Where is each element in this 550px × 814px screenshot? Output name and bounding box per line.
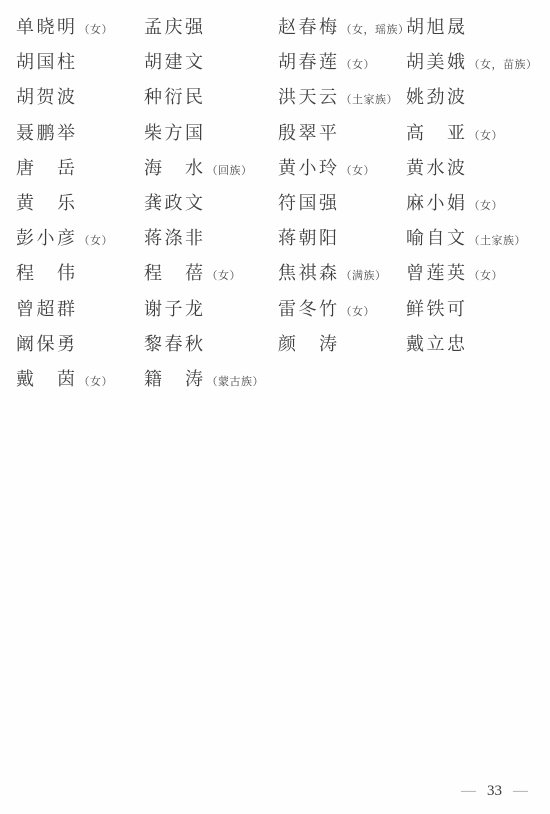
name-roster-grid: 单晓明（女）孟庆强赵春梅（女，瑶族）胡旭晟胡国柱胡建文胡春莲（女）胡美娥（女，苗… [16, 13, 550, 400]
person-note: （土家族） [341, 94, 399, 106]
roster-entry: 谢子龙 [144, 295, 278, 330]
roster-entry: 孟庆强 [144, 13, 278, 48]
person-note: （回族） [207, 165, 253, 177]
person-name: 蒋朝阳 [278, 228, 340, 248]
person-note: （女，苗族） [469, 59, 538, 71]
roster-entry: 籍 涛（蒙古族） [144, 365, 278, 400]
person-name: 胡春莲 [278, 52, 340, 72]
person-name: 焦祺森 [278, 263, 340, 283]
person-name: 黄 乐 [16, 193, 78, 213]
person-name: 黎春秋 [144, 334, 206, 354]
person-name: 赵春梅 [278, 17, 340, 37]
person-note: （满族） [341, 270, 387, 282]
person-name: 海 水 [144, 158, 206, 178]
person-name: 种衍民 [144, 87, 206, 107]
roster-entry: 蒋涤非 [144, 224, 278, 259]
person-name: 胡旭晟 [406, 17, 468, 37]
person-name: 彭小彦 [16, 228, 78, 248]
person-name: 蒋涤非 [144, 228, 206, 248]
roster-entry: 种衍民 [144, 83, 278, 118]
person-name: 颜 涛 [278, 334, 340, 354]
person-name: 雷冬竹 [278, 299, 340, 319]
roster-entry: 彭小彦（女） [16, 224, 144, 259]
roster-entry: 胡春莲（女） [278, 48, 406, 83]
roster-entry: 黄水波 [406, 154, 550, 189]
roster-entry: 黄 乐 [16, 189, 144, 224]
roster-entry: 颜 涛 [278, 330, 406, 365]
roster-entry: 单晓明（女） [16, 13, 144, 48]
roster-entry: 蒋朝阳 [278, 224, 406, 259]
person-name: 曾莲英 [406, 263, 468, 283]
page-number-dash-left: — [461, 783, 476, 800]
person-note: （女） [341, 59, 376, 71]
person-name: 黄小玲 [278, 158, 340, 178]
person-name: 姚劲波 [406, 87, 468, 107]
document-page: 单晓明（女）孟庆强赵春梅（女，瑶族）胡旭晟胡国柱胡建文胡春莲（女）胡美娥（女，苗… [0, 0, 550, 814]
person-name: 龚政文 [144, 193, 206, 213]
roster-entry: 戴 茵（女） [16, 365, 144, 400]
roster-entry: 胡建文 [144, 48, 278, 83]
roster-entry: 雷冬竹（女） [278, 295, 406, 330]
person-note: （女） [341, 306, 376, 318]
person-name: 戴 茵 [16, 369, 78, 389]
roster-entry: 曾莲英（女） [406, 259, 550, 294]
roster-entry: 鲜铁可 [406, 295, 550, 330]
page-number-value: 33 [487, 783, 502, 800]
person-name: 符国强 [278, 193, 340, 213]
roster-entry: 符国强 [278, 189, 406, 224]
roster-entry: 焦祺森（满族） [278, 259, 406, 294]
person-name: 殷翠平 [278, 123, 340, 143]
roster-entry: 高 亚（女） [406, 119, 550, 154]
person-note: （土家族） [469, 235, 527, 247]
person-note: （蒙古族） [207, 376, 265, 388]
roster-entry: 海 水（回族） [144, 154, 278, 189]
person-name: 程 伟 [16, 263, 78, 283]
page-number-dash-right: — [513, 783, 528, 800]
person-name: 曾超群 [16, 299, 78, 319]
roster-entry: 喻自文（土家族） [406, 224, 550, 259]
person-name: 戴立忠 [406, 334, 468, 354]
roster-entry: 程 蓓（女） [144, 259, 278, 294]
roster-entry: 麻小娟（女） [406, 189, 550, 224]
person-name: 高 亚 [406, 123, 468, 143]
roster-entry: 程 伟 [16, 259, 144, 294]
roster-entry: 殷翠平 [278, 119, 406, 154]
roster-entry: 胡国柱 [16, 48, 144, 83]
person-name: 胡国柱 [16, 52, 78, 72]
person-name: 黄水波 [406, 158, 468, 178]
person-name: 阚保勇 [16, 334, 78, 354]
roster-entry: 龚政文 [144, 189, 278, 224]
person-note: （女，瑶族） [341, 24, 410, 36]
roster-entry: 黄小玲（女） [278, 154, 406, 189]
person-name: 单晓明 [16, 17, 78, 37]
person-name: 胡美娥 [406, 52, 468, 72]
person-name: 洪天云 [278, 87, 340, 107]
roster-entry: 赵春梅（女，瑶族） [278, 13, 406, 48]
roster-entry: 胡美娥（女，苗族） [406, 48, 550, 83]
person-note: （女） [469, 270, 504, 282]
page-number: — 33 — [461, 783, 528, 800]
roster-entry: 曾超群 [16, 295, 144, 330]
person-note: （女） [207, 270, 242, 282]
person-note: （女） [79, 235, 114, 247]
person-note: （女） [469, 130, 504, 142]
person-name: 籍 涛 [144, 369, 206, 389]
person-note: （女） [341, 165, 376, 177]
person-note: （女） [79, 24, 114, 36]
person-name: 胡贺波 [16, 87, 78, 107]
roster-entry: 聂鹏举 [16, 119, 144, 154]
person-name: 聂鹏举 [16, 123, 78, 143]
person-name: 唐 岳 [16, 158, 78, 178]
person-name: 胡建文 [144, 52, 206, 72]
roster-entry: 胡贺波 [16, 83, 144, 118]
roster-entry: 黎春秋 [144, 330, 278, 365]
person-name: 孟庆强 [144, 17, 206, 37]
roster-entry: 唐 岳 [16, 154, 144, 189]
roster-entry: 洪天云（土家族） [278, 83, 406, 118]
roster-entry: 胡旭晟 [406, 13, 550, 48]
roster-entry: 姚劲波 [406, 83, 550, 118]
person-name: 程 蓓 [144, 263, 206, 283]
person-name: 鲜铁可 [406, 299, 468, 319]
roster-entry: 戴立忠 [406, 330, 550, 365]
person-name: 麻小娟 [406, 193, 468, 213]
roster-entry: 柴方国 [144, 119, 278, 154]
person-note: （女） [469, 200, 504, 212]
person-name: 柴方国 [144, 123, 206, 143]
person-note: （女） [79, 376, 114, 388]
person-name: 谢子龙 [144, 299, 206, 319]
person-name: 喻自文 [406, 228, 468, 248]
roster-entry: 阚保勇 [16, 330, 144, 365]
